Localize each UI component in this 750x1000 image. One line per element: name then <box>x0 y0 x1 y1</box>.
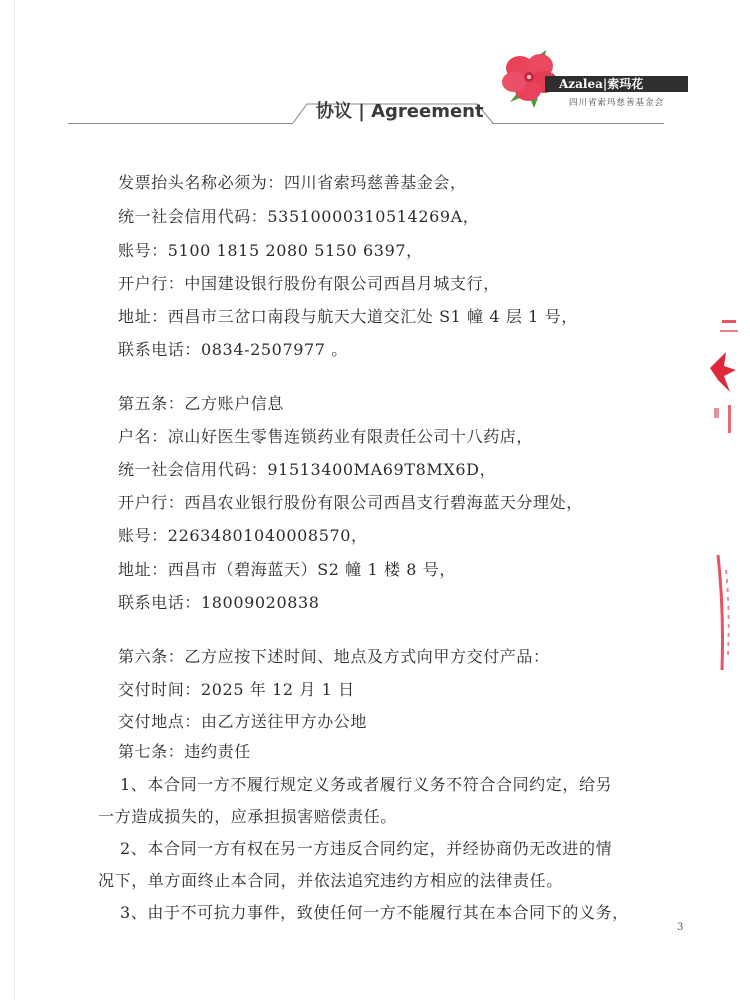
phone-line: 联系电话：18009020838 <box>118 590 320 613</box>
credit-code-line: 统一社会信用代码：91513400MA69T8MX6D， <box>118 457 496 480</box>
invoice-bank-line: 开户行：中国建设银行股份有限公司西昌月城支行， <box>118 271 500 294</box>
clause-3-line-1: 3、由于不可抗力事件，致使任何一方不能履行其在本合同下的义务， <box>120 900 629 923</box>
delivery-place-line: 交付地点：由乙方送往甲方办公地 <box>118 709 367 732</box>
logo-brand: Azalea|索玛花 <box>545 76 688 92</box>
clause-1-line-2: 一方造成损失的，应承担损害赔偿责任。 <box>98 804 397 827</box>
invoice-title-line: 发票抬头名称必须为：四川省索玛慈善基金会， <box>118 170 467 193</box>
foundation-logo: Azalea|索玛花 四川省索玛慈善基金会 <box>500 48 700 108</box>
header-rule-left <box>68 123 293 124</box>
article-7-heading: 第七条：违约责任 <box>118 739 251 762</box>
account-name-line: 户名：凉山好医生零售连锁药业有限责任公司十八药店， <box>118 424 533 447</box>
invoice-address-line: 地址：西昌市三岔口南段与航天大道交汇处 S1 幢 4 层 1 号， <box>118 304 578 327</box>
bank-line: 开户行：西昌农业银行股份有限公司西昌支行碧海蓝天分理处， <box>118 490 583 513</box>
clause-2-line-1: 2、本合同一方有权在另一方违反合同约定，并经协商仍无改进的情 <box>120 836 612 859</box>
address-line: 地址：西昌市（碧海蓝天）S2 幢 1 楼 8 号， <box>118 557 456 580</box>
clause-1-line-1: 1、本合同一方不履行规定义务或者履行义务不符合合同约定，给另 <box>120 772 612 795</box>
header-rule-right <box>492 123 664 124</box>
clause-2-line-2: 况下，单方面终止本合同，并依法追究违约方相应的法律责任。 <box>98 868 563 891</box>
page-number: 3 <box>677 922 683 933</box>
delivery-time-line: 交付时间：2025 年 12 月 1 日 <box>118 677 355 700</box>
invoice-credit-code-line: 统一社会信用代码：53510000310514269A， <box>118 204 479 227</box>
logo-subtitle: 四川省索玛慈善基金会 <box>569 96 664 108</box>
invoice-phone-line: 联系电话：0834-2507977 。 <box>118 337 348 360</box>
page-title: 协议 | Agreement <box>316 97 484 123</box>
article-5-heading: 第五条：乙方账户信息 <box>118 391 284 414</box>
article-6-heading: 第六条：乙方应按下述时间、地点及方式向甲方交付产品： <box>118 644 550 667</box>
page-edge <box>14 0 15 1000</box>
invoice-account-line: 账号：5100 1815 2080 5150 6397， <box>118 238 423 261</box>
account-number-line: 账号：22634801040008570， <box>118 523 368 546</box>
seal-stamp-fragment <box>700 310 750 710</box>
